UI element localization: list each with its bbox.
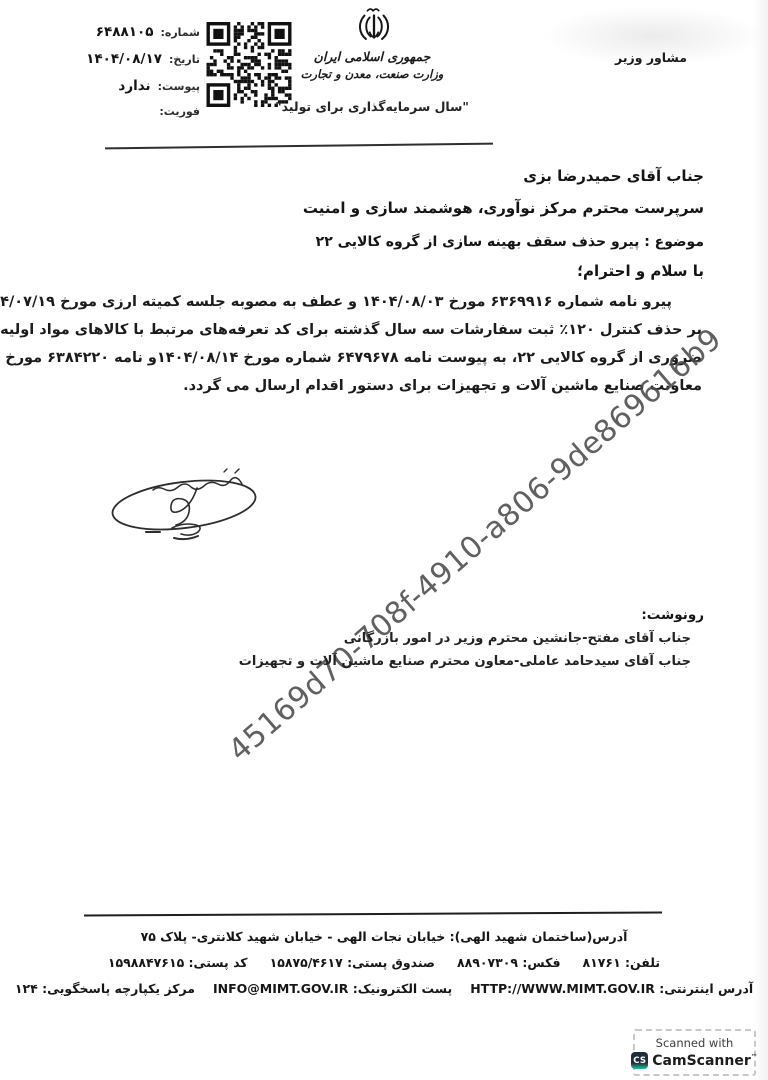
footer-address: آدرس(ساختمان شهید الهی): خیابان نجات اله… [141,924,628,950]
footer-website: آدرس اینترنتی: HTTP://WWW.MIMT.GOV.IR [470,976,753,1002]
qr-code [205,22,293,107]
subject-line: موضوع : پیرو حذف سقف بهینه سازی از گروه … [303,226,704,258]
camscanner-name: CamScanner™ [652,1053,757,1069]
field-attachment: پیوست: ندارد [72,78,200,105]
recipient-block: جناب آقای حمیدرضا بزی سرپرست محترم مرکز … [303,160,704,258]
attachment-label: پیوست: [158,80,200,93]
attachment-value: ندارد [118,78,150,94]
iran-emblem-icon [352,6,396,48]
handwritten-signature [102,448,272,543]
field-urgency: فوریت: [72,105,200,132]
field-date: تاریخ: ۱۴۰۴/۰۸/۱۷ [72,51,200,78]
cc-heading: رونوشت: [239,603,704,627]
footer-callcenter: مرکز یکپارچه پاسخگویی: ۱۲۴ [15,976,195,1002]
year-motto: "سال سرمایه‌گذاری برای تولید" [262,99,482,114]
footer-postalcode: کد پستی: ۱۵۹۸۸۴۷۶۱۵ [108,950,248,976]
footer-web-line: آدرس اینترنتی: HTTP://WWW.MIMT.GOV.IR پس… [70,976,698,1002]
advisor-title: مشاور وزیر [608,50,694,65]
government-name: جمهوری اسلامی ایران [296,48,448,66]
urgency-label: فوریت: [159,105,200,118]
body-line-1: پیرو نامه شماره ۶۳۶۹۹۱۶ مورخ ۱۴۰۴/۰۸/۰۳ … [60,288,702,316]
number-value: ۶۴۸۸۱۰۵ [96,24,154,40]
footer-fax: فکس: ۸۸۹۰۷۳۰۹ [457,950,561,976]
trademark-mark: ™ [751,1053,758,1061]
footer-email: پست الکترونیک: INFO@MIMT.GOV.IR [213,976,452,1002]
recipient-title: سرپرست محترم مرکز نوآوری، هوشمند سازی و … [303,192,704,224]
scanned-letter-page: شماره: ۶۴۸۸۱۰۵ تاریخ: ۱۴۰۴/۰۸/۱۷ پیوست: … [0,0,768,1080]
camscanner-row: CS CamScanner™ [631,1052,757,1069]
cc-item-1: جناب آقای مفتح-جانشین محترم وزیر در امور… [239,627,704,650]
camscanner-logo-icon: CS [631,1052,648,1069]
scanned-with-label: Scanned with [656,1036,734,1051]
letter-body: پیرو نامه شماره ۶۳۶۹۹۱۶ مورخ ۱۴۰۴/۰۸/۰۳ … [60,288,702,400]
letter-meta-fields: شماره: ۶۴۸۸۱۰۵ تاریخ: ۱۴۰۴/۰۸/۱۷ پیوست: … [72,24,200,132]
field-number: شماره: ۶۴۸۸۱۰۵ [72,24,200,51]
date-value: ۱۴۰۴/۰۸/۱۷ [86,51,162,67]
footer-pobox: صندوق پستی: ۱۵۸۷۵/۴۶۱۷ [270,950,435,976]
header-divider [105,143,493,150]
date-label: تاریخ: [169,53,200,66]
ministry-name: وزارت صنعت، معدن و تجارت [296,66,448,83]
salutation: با سلام و احترام؛ [577,262,704,280]
body-line-3: ضروری از گروه کالایی ۲۲، به پیوست نامه ۶… [60,344,702,372]
ministry-letterhead: جمهوری اسلامی ایران وزارت صنعت، معدن و ت… [296,48,448,83]
footer-divider [84,911,662,916]
footer-address-line: آدرس(ساختمان شهید الهی): خیابان نجات اله… [70,924,698,950]
camscanner-badge: Scanned with CS CamScanner™ [633,1029,756,1076]
scan-edge-artifact [752,0,768,1080]
footer-phone: تلفن: ۸۱۷۶۱ [583,950,661,976]
body-line-4: معاونت صنایع ماشین آلات و تجهیزات برای د… [60,372,702,400]
body-line-2: بر حذف کنترل ۱۲۰٪ ثبت سفارشات سه سال گذش… [60,316,702,344]
cc-block: رونوشت: جناب آقای مفتح-جانشین محترم وزیر… [239,603,704,673]
footer-block: آدرس(ساختمان شهید الهی): خیابان نجات اله… [70,924,698,1002]
number-label: شماره: [160,26,200,39]
cc-item-2: جناب آقای سیدحامد عاملی-معاون محترم صنای… [239,650,704,673]
recipient-name: جناب آقای حمیدرضا بزی [303,160,704,192]
footer-contact-line: تلفن: ۸۱۷۶۱ فکس: ۸۸۹۰۷۳۰۹ صندوق پستی: ۱۵… [70,950,698,976]
